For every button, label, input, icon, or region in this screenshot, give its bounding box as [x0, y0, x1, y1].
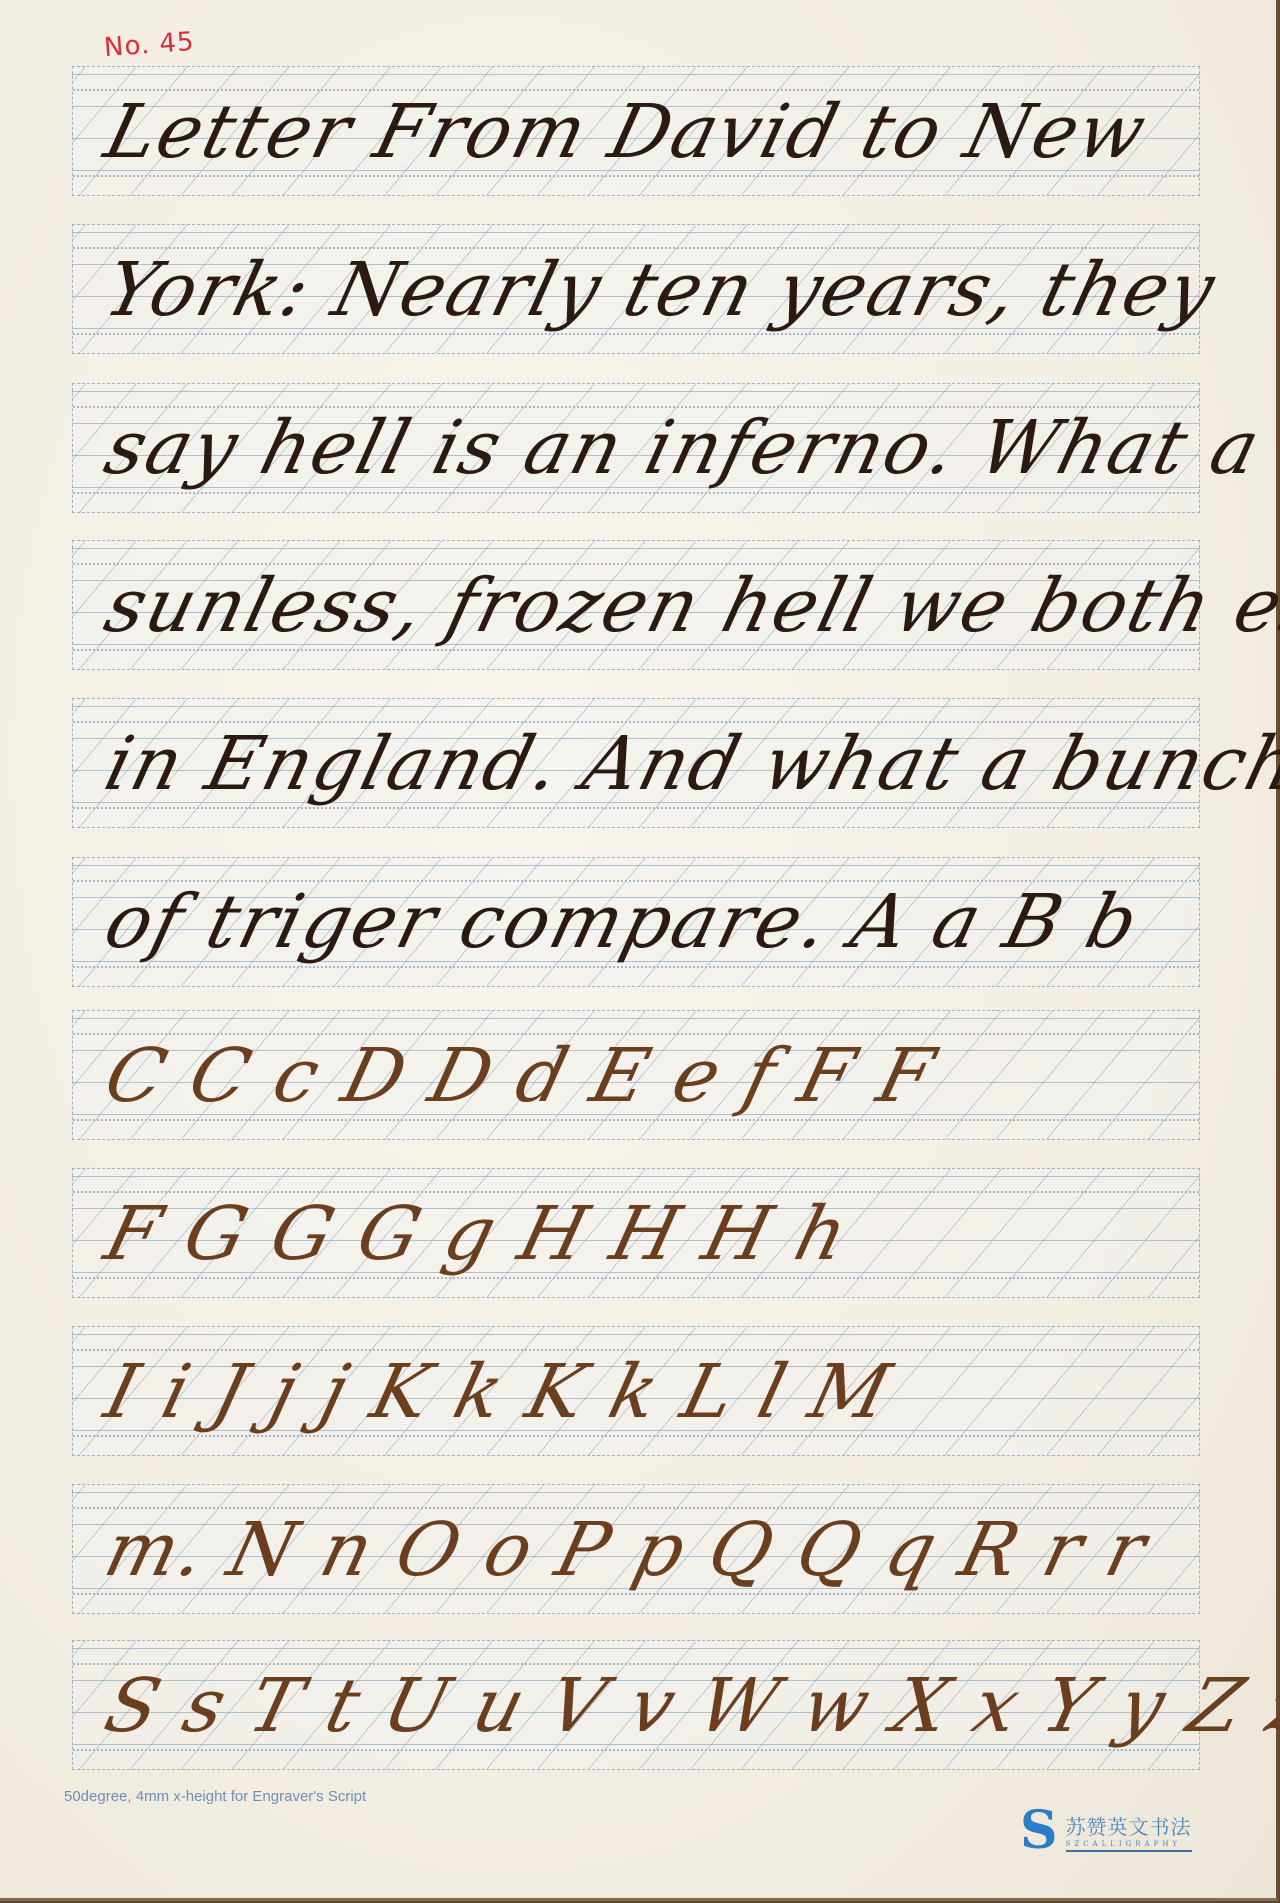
script-line: m. N n O o P p Q Q q R r r	[90, 1480, 1245, 1620]
script-line: in England. And what a bunch	[90, 694, 1245, 834]
script-line: I i J j j K k K k L l M	[90, 1322, 1245, 1462]
script-line: F G G G g H H H h	[90, 1164, 1245, 1304]
practice-sheet: No. 45 Letter From David to New York: Ne…	[0, 0, 1279, 1901]
logo-chinese-text: 苏赞英文书法	[1066, 1811, 1192, 1840]
script-line: Letter From David to New	[90, 62, 1245, 202]
page-number-annotation: No. 45	[103, 27, 195, 63]
publisher-logo: S 苏赞英文书法 SZCALLIGRAPHY	[1020, 1805, 1192, 1857]
script-line: York: Nearly ten years, they	[90, 220, 1245, 360]
script-line: say hell is an inferno. What a	[90, 378, 1245, 518]
script-line: sunless, frozen hell we both escape	[90, 536, 1245, 676]
script-line: of triger compare. A a B b	[90, 852, 1245, 992]
script-line: C C c D D d E e f F F	[90, 1006, 1245, 1146]
logo-english-text: SZCALLIGRAPHY	[1066, 1840, 1192, 1852]
logo-s-icon: S	[1020, 1805, 1058, 1857]
sheet-caption: 50degree, 4mm x-height for Engraver's Sc…	[64, 1788, 366, 1805]
script-line: S s T t U u V v W w X x Y y Z z	[90, 1636, 1245, 1776]
